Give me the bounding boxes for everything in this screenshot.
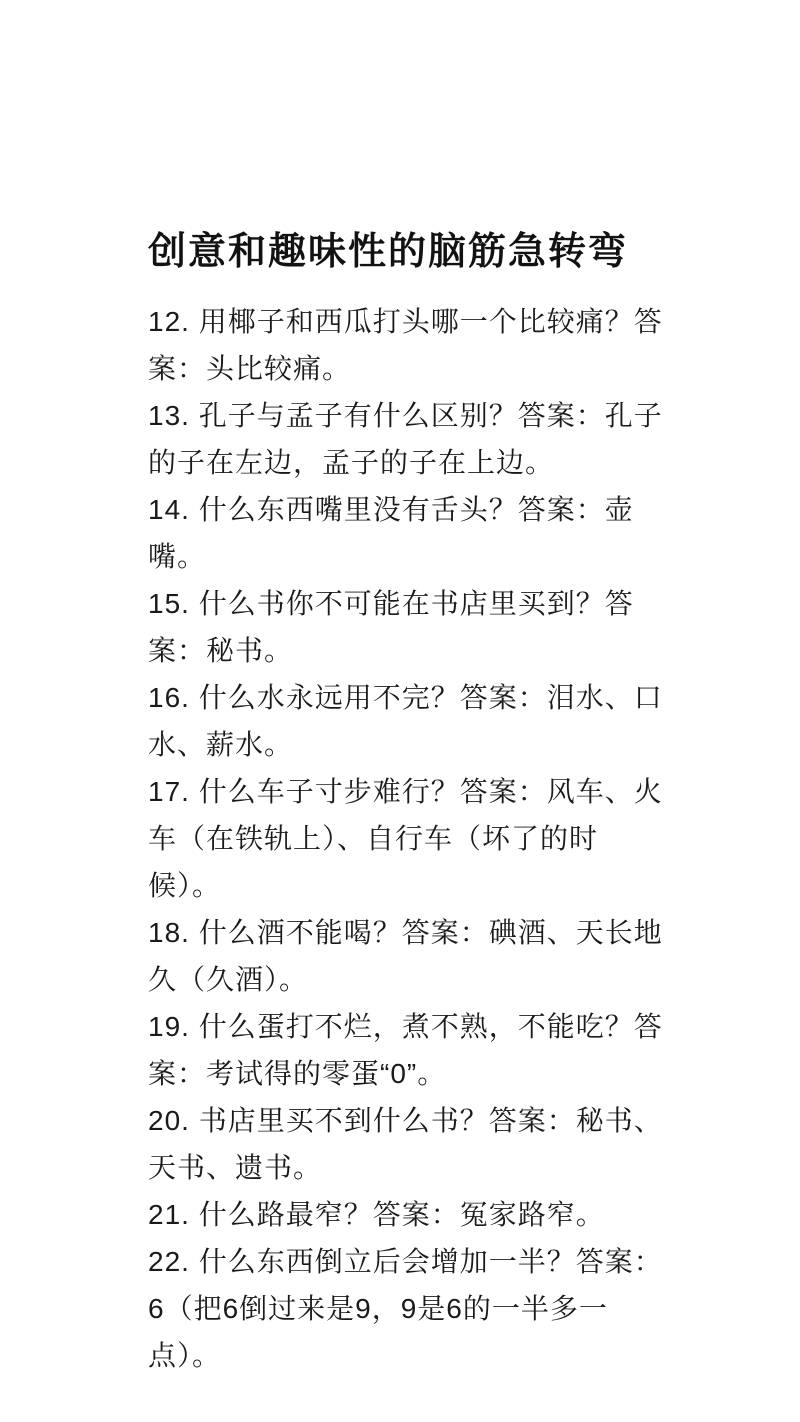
riddle-number: 17. <box>148 776 190 807</box>
riddle-text: 什么东西倒立后会增加一半？答案：6（把6倒过来是9，9是6的一半多一点）。 <box>148 1246 663 1371</box>
riddle-item-19: 19. 什么蛋打不烂，煮不熟，不能吃？答案：考试得的零蛋“0”。 <box>148 1003 670 1097</box>
riddle-number: 12. <box>148 306 190 337</box>
riddle-text: 什么路最窄？答案：冤家路窄。 <box>199 1199 605 1230</box>
riddle-number: 18. <box>148 917 190 948</box>
riddle-number: 16. <box>148 682 190 713</box>
riddle-text: 什么蛋打不烂，煮不熟，不能吃？答案：考试得的零蛋“0”。 <box>148 1011 663 1089</box>
riddle-number: 13. <box>148 400 190 431</box>
riddle-number: 22. <box>148 1246 190 1277</box>
riddle-item-13: 13. 孔子与孟子有什么区别？答案：孔子的子在左边，孟子的子在上边。 <box>148 392 670 486</box>
document-page: 创意和趣味性的脑筋急转弯 12. 用椰子和西瓜打头哪一个比较痛？答案：头比较痛。… <box>0 0 800 1422</box>
riddle-item-14: 14. 什么东西嘴里没有舌头？答案：壶嘴。 <box>148 486 670 580</box>
riddle-text: 书店里买不到什么书？答案：秘书、天书、遗书。 <box>148 1105 663 1183</box>
riddle-number: 15. <box>148 588 190 619</box>
riddle-item-18: 18. 什么酒不能喝？答案：碘酒、天长地久（久酒）。 <box>148 909 670 1003</box>
riddle-number: 20. <box>148 1105 190 1136</box>
riddle-text: 什么车子寸步难行？答案：风车、火车（在铁轨上）、自行车（坏了的时候）。 <box>148 776 663 901</box>
riddle-list: 12. 用椰子和西瓜打头哪一个比较痛？答案：头比较痛。 13. 孔子与孟子有什么… <box>148 298 670 1379</box>
riddle-text: 什么东西嘴里没有舌头？答案：壶嘴。 <box>148 494 634 572</box>
riddle-item-22: 22. 什么东西倒立后会增加一半？答案：6（把6倒过来是9，9是6的一半多一点）… <box>148 1238 670 1379</box>
riddle-item-20: 20. 书店里买不到什么书？答案：秘书、天书、遗书。 <box>148 1097 670 1191</box>
riddle-item-15: 15. 什么书你不可能在书店里买到？答案：秘书。 <box>148 580 670 674</box>
riddle-text: 什么水永远用不完？答案：泪水、口水、薪水。 <box>148 682 663 760</box>
riddle-text: 孔子与孟子有什么区别？答案：孔子的子在左边，孟子的子在上边。 <box>148 400 663 478</box>
riddle-item-16: 16. 什么水永远用不完？答案：泪水、口水、薪水。 <box>148 674 670 768</box>
riddle-text: 什么酒不能喝？答案：碘酒、天长地久（久酒）。 <box>148 917 663 995</box>
riddle-text: 用椰子和西瓜打头哪一个比较痛？答案：头比较痛。 <box>148 306 663 384</box>
riddle-item-12: 12. 用椰子和西瓜打头哪一个比较痛？答案：头比较痛。 <box>148 298 670 392</box>
riddle-item-21: 21. 什么路最窄？答案：冤家路窄。 <box>148 1191 670 1238</box>
riddle-number: 14. <box>148 494 190 525</box>
riddle-text: 什么书你不可能在书店里买到？答案：秘书。 <box>148 588 634 666</box>
riddle-number: 21. <box>148 1199 190 1230</box>
page-title: 创意和趣味性的脑筋急转弯 <box>148 228 670 276</box>
riddle-number: 19. <box>148 1011 190 1042</box>
riddle-item-17: 17. 什么车子寸步难行？答案：风车、火车（在铁轨上）、自行车（坏了的时候）。 <box>148 768 670 909</box>
